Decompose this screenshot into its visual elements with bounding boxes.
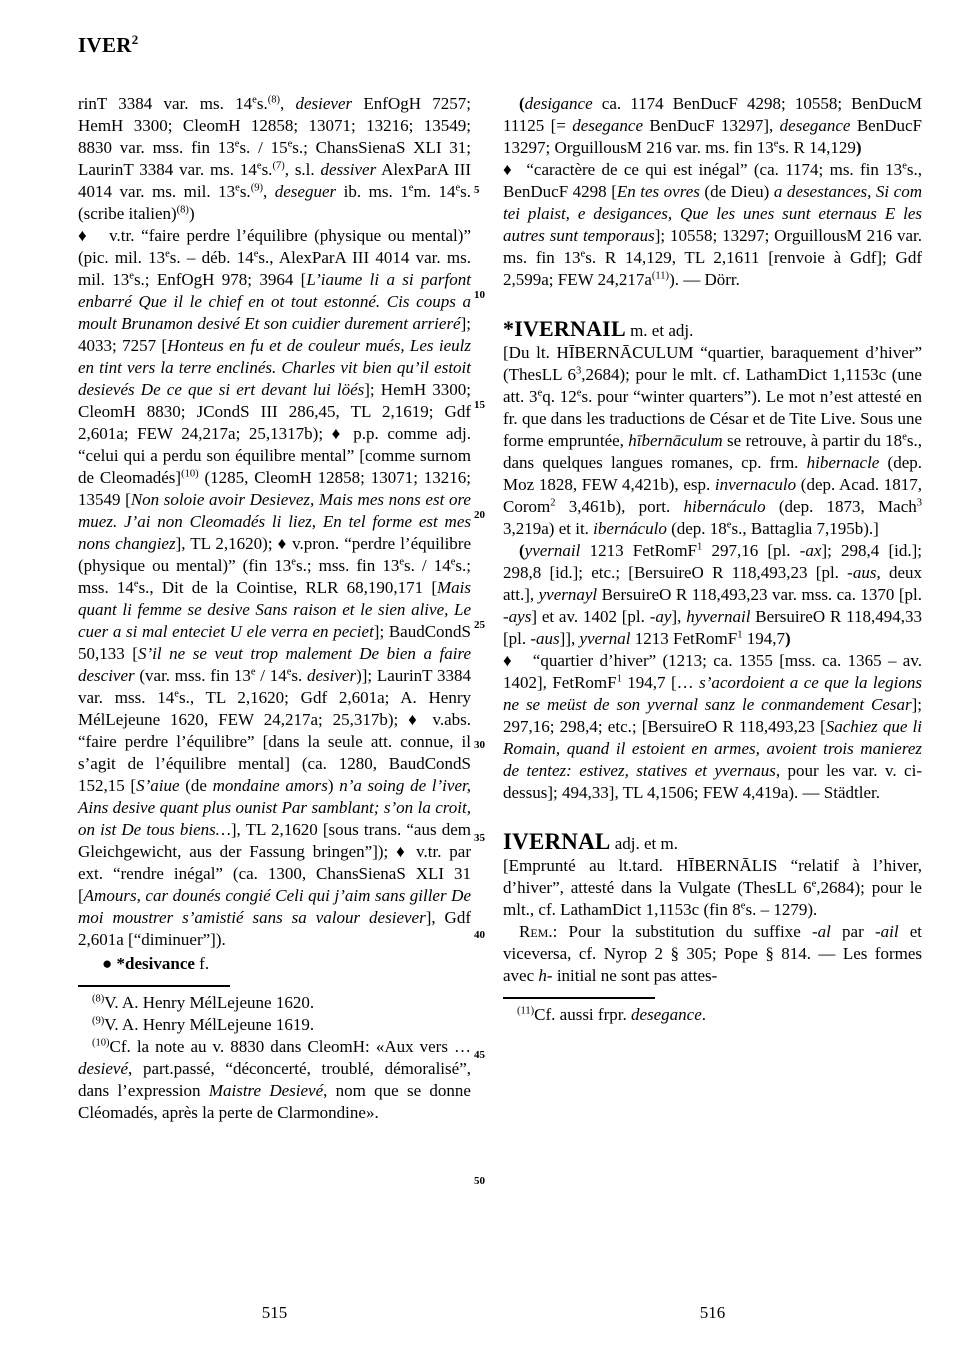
senses-paragraph: ♦ v.tr. “faire perdre l’équilibre (physi… [78, 225, 471, 951]
line-number-45: 45 [474, 1050, 485, 1061]
line-number-20: 20 [474, 510, 485, 521]
line-number-15: 15 [474, 400, 485, 411]
left-column: rinT 3384 var. ms. 14es.(8), desiever En… [78, 93, 471, 1124]
line-number-35: 35 [474, 833, 485, 844]
line-number-25: 25 [474, 620, 485, 631]
derivative-line: ● *desivance f. [102, 953, 471, 975]
headword-ivernal: IVERNAL [503, 829, 610, 854]
ivernal-etymology-paragraph: [Emprunté au lt.tard. HĪBERNĀLIS “relati… [503, 855, 922, 921]
ivernail-forms-paragraph: (yvernail 1213 FetRomF1 297,16 [pl. -ax]… [503, 540, 922, 650]
pos-ivernal: adj. et m. [615, 834, 678, 853]
line-number-50: 50 [474, 1176, 485, 1187]
line-number-40: 40 [474, 930, 485, 941]
ivernail-etymology-paragraph: [Du lt. HĪBERNĀCULUM “quartier, baraquem… [503, 342, 922, 540]
running-head: IVER2 [78, 34, 139, 56]
ivernail-sense-paragraph: ♦ “quartier d’hiver” (1213; ca. 1355 [ms… [503, 650, 922, 804]
line-number-10: 10 [474, 290, 485, 301]
pos-ivernail: m. et adj. [630, 321, 693, 340]
footnote-8: (8)V. A. Henry MélLejeune 1620. [78, 992, 471, 1014]
line-number-5: 5 [474, 185, 480, 196]
footnote-separator-left [78, 985, 230, 987]
dictionary-page: IVER2 rinT 3384 var. ms. 14es.(8), desie… [0, 0, 960, 1358]
headword-ivernail: *IVERNAIL [503, 316, 626, 341]
footnote-9: (9)V. A. Henry MélLejeune 1619. [78, 1014, 471, 1036]
page-number-left: 515 [78, 1302, 471, 1324]
desigance-forms-paragraph: (desigance ca. 1174 BenDucF 4298; 10558;… [503, 93, 922, 159]
desigance-sense-paragraph: ♦ “caractère de ce qui est inégal” (ca. … [503, 159, 922, 291]
entry-continuation-paragraph: rinT 3384 var. ms. 14es.(8), desiever En… [78, 93, 471, 225]
page-number-right: 516 [503, 1302, 922, 1324]
line-number-30: 30 [474, 740, 485, 751]
entry-heading-ivernail: *IVERNAIL m. et adj. [503, 318, 922, 342]
footnote-11: (11)Cf. aussi frpr. desegance. [503, 1004, 922, 1026]
ivernal-remark-paragraph: Rem.: Pour la substitution du suffixe -a… [503, 921, 922, 987]
entry-heading-ivernal: IVERNAL adj. et m. [503, 831, 922, 855]
footnote-separator-right [503, 997, 655, 999]
footnote-10: (10)Cf. la note au v. 8830 dans CleomH: … [78, 1036, 471, 1124]
right-column: (desigance ca. 1174 BenDucF 4298; 10558;… [503, 93, 922, 1026]
